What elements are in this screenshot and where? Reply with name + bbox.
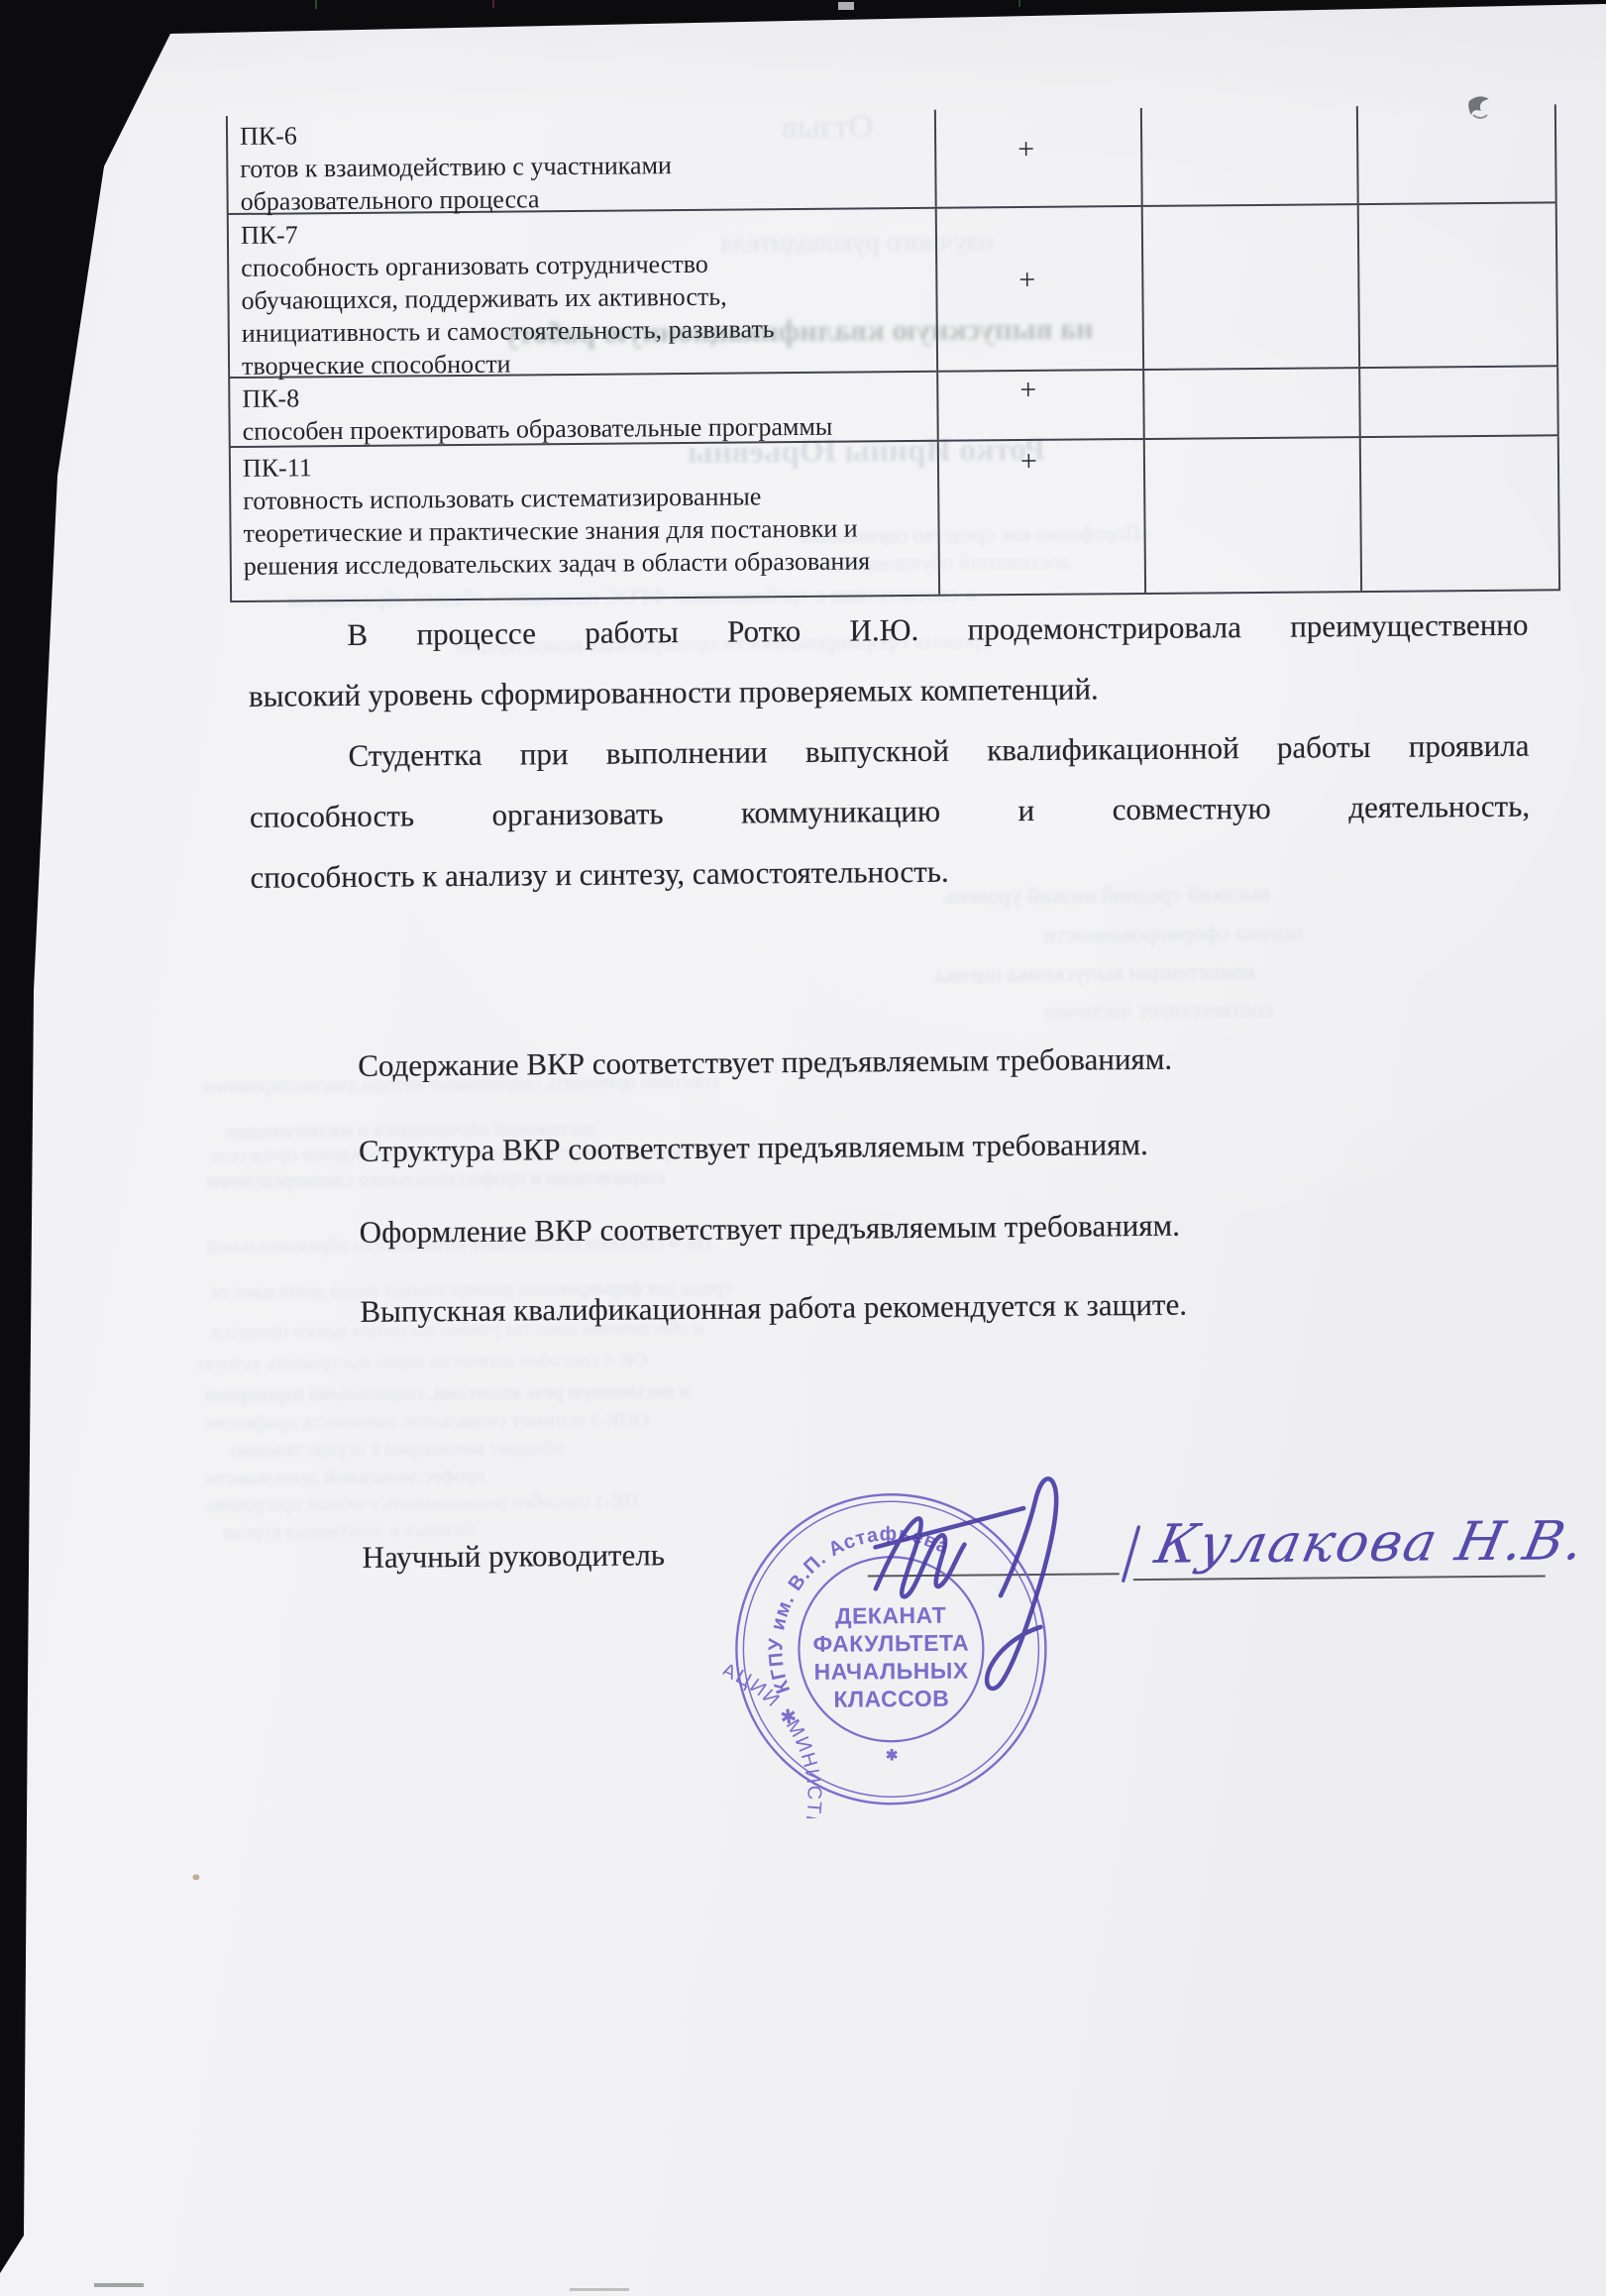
bleedthrough-line: профессиональной деятельности <box>206 1466 484 1490</box>
empty-cell <box>1140 106 1357 205</box>
bleedthrough-line: ОК-6 способен логически верно выстраиват… <box>198 1349 648 1375</box>
scanned-document-image: Отзывнаучного руководителяна выпускную к… <box>0 0 1606 2296</box>
bleedthrough-line: социализации и профессионального самоопр… <box>206 1166 664 1193</box>
mark-cell: + <box>936 371 1143 440</box>
statement-line: Выпускная квалификационная работа рекоме… <box>360 1287 1187 1330</box>
bleedthrough-line: оценка сформированности <box>1043 921 1302 948</box>
statement-line: Структура ВКР соответствует предъявляемы… <box>359 1127 1148 1169</box>
empty-cell <box>1141 205 1358 369</box>
table-row: ПК-8 способен проектировать образователь… <box>228 367 1559 448</box>
bleedthrough-line: соответствует частично <box>1044 997 1274 1025</box>
handwritten-name: Кулакова Н.В. <box>1149 1509 1591 1576</box>
bleedthrough-line: ПК-1 способен реализовывать учебные прог… <box>206 1490 639 1517</box>
paragraph-line: Студентка при выполнении выпускной квали… <box>348 715 1529 786</box>
competency-cell: ПК-11 готовность использовать систематиз… <box>229 442 938 601</box>
paragraph-line: способность организовать коммуникацию и … <box>250 776 1530 847</box>
scan-hairline <box>1018 0 1020 7</box>
signature-squiggle-icon <box>875 1478 1058 1690</box>
paragraph-line: В процессе работы Ротко И.Ю. продемонстр… <box>347 595 1528 665</box>
bleedthrough-line: ОПК-1 осознает социальную значимость про… <box>205 1408 648 1435</box>
empty-cell <box>1359 436 1560 591</box>
scan-hairline <box>492 0 494 8</box>
competency-cell: ПК-7 способность организовать сотрудниче… <box>227 209 936 377</box>
table-row: ПК-6 готов к взаимодействию с участникам… <box>226 104 1557 215</box>
empty-cell <box>1358 367 1559 436</box>
statement-line: Оформление ВКР соответствует предъявляем… <box>360 1208 1181 1251</box>
mark-cell: + <box>934 108 1141 207</box>
bleedthrough-line: и письменную речь коллегами, социальными… <box>205 1380 690 1407</box>
paragraph-line: способность к анализу и синтезу, самосто… <box>250 836 1530 908</box>
table-row: ПК-7 способность организовать сотрудниче… <box>227 203 1558 379</box>
competency-line: решения исследовательских задач в област… <box>244 544 930 583</box>
dust-speck <box>192 1874 199 1880</box>
bleedthrough-line: обладает мотивацией к осуществлению <box>231 1437 565 1463</box>
scan-notch <box>838 2 854 10</box>
mark-cell: + <box>937 440 1144 595</box>
empty-cell <box>1357 203 1558 367</box>
competency-cell: ПК-6 готов к взаимодействию с участникам… <box>226 110 935 213</box>
empty-cell <box>1142 369 1359 438</box>
competency-cell: ПК-8 способен проектировать образователь… <box>228 373 937 446</box>
table-row: ПК-11 готовность использовать систематиз… <box>229 436 1560 602</box>
separator-slash <box>1123 1527 1138 1581</box>
statement-line: Содержание ВКР соответствует предъявляем… <box>358 1041 1172 1084</box>
competency-table: ПК-6 готов к взаимодействию с участникам… <box>226 104 1560 602</box>
signature-ink: Кулакова Н.В. <box>814 1400 1606 1724</box>
bleedthrough-line: компетенции выпускника оценка <box>934 959 1255 988</box>
paragraph-line: высокий уровень сформированности проверя… <box>249 655 1529 726</box>
page-content: Отзывнаучного руководителяна выпускную к… <box>0 0 1606 2296</box>
mark-cell: + <box>935 207 1142 371</box>
scan-hairline <box>315 0 317 9</box>
scan-dash <box>570 2288 629 2291</box>
bleedthrough-layer: Отзывнаучного руководителяна выпускную к… <box>0 0 1596 7</box>
signature-label: Научный руководитель <box>362 1537 665 1576</box>
scan-dash <box>94 2283 144 2287</box>
empty-cell <box>1356 104 1557 203</box>
stamp-star-icon: ✱ <box>886 1747 899 1764</box>
empty-cell <box>1143 438 1360 593</box>
body-text: В процессе работы Ротко И.Ю. продемонстр… <box>248 595 1531 908</box>
scan-smudge-icon <box>1459 89 1503 129</box>
